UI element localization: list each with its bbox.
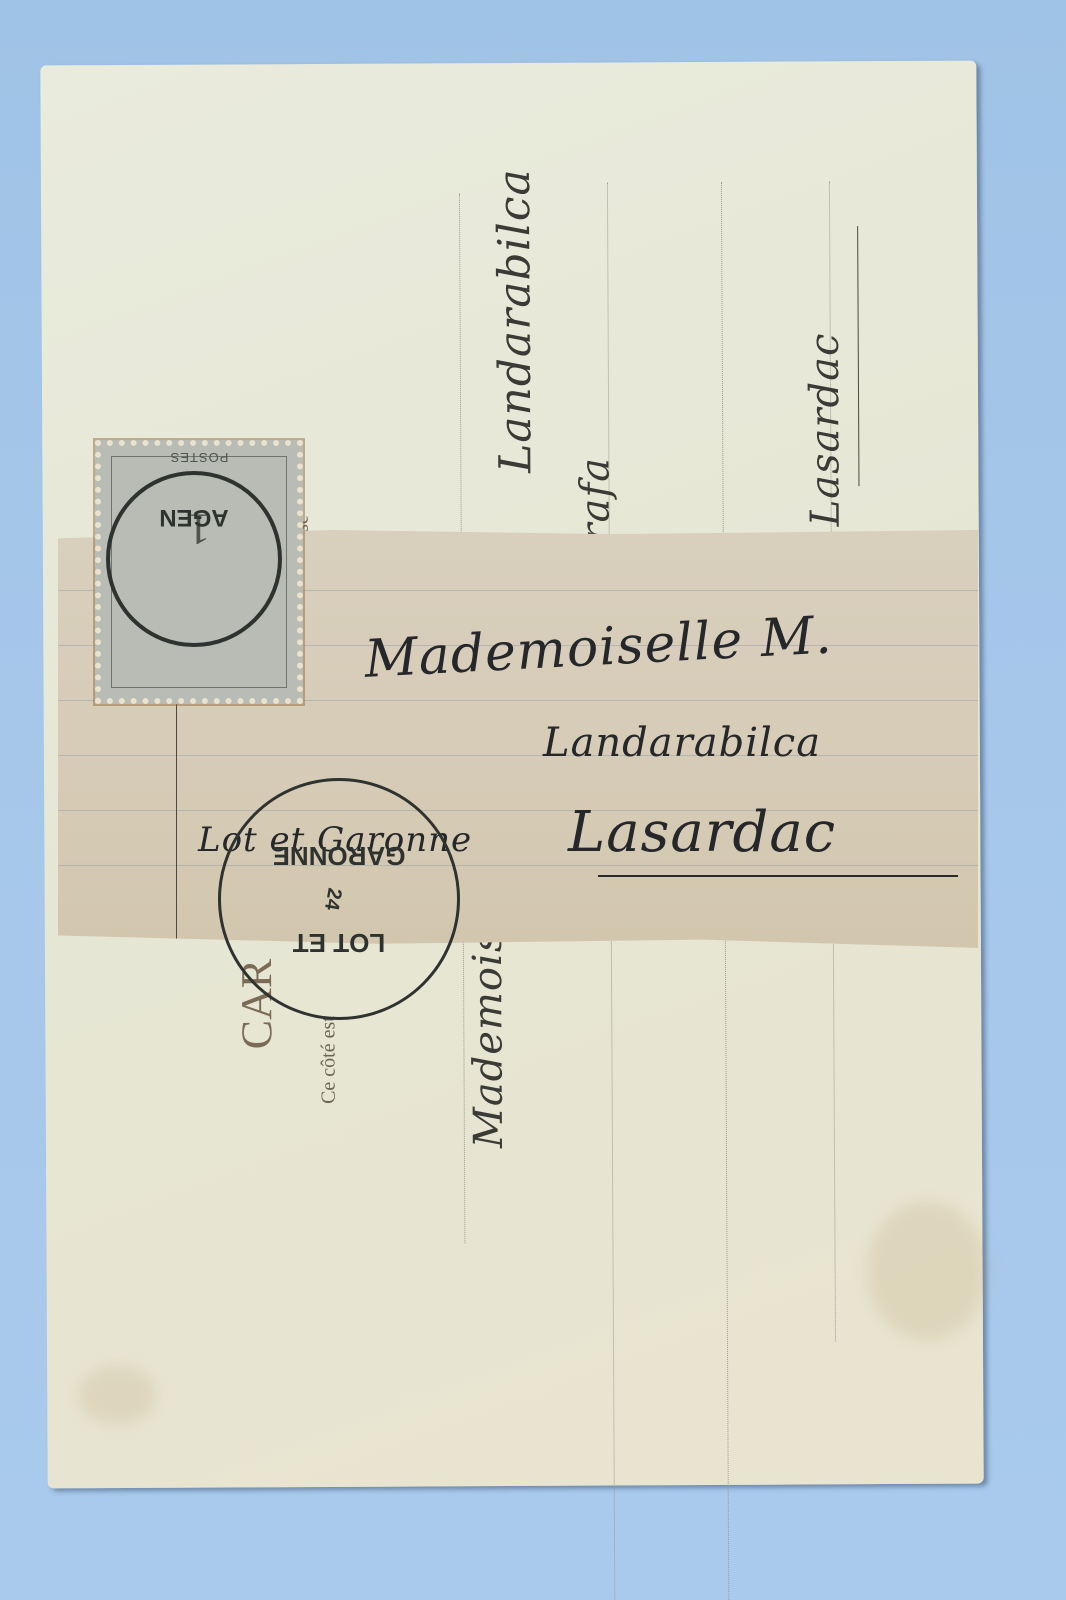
postmark-bottom-text: LOT ET [293,927,385,958]
handwriting-name-vertical: Landarabilca [489,168,542,473]
printed-subline: Ce côté est [317,1016,340,1104]
handwriting-line2-vertical: rafa [572,457,618,543]
stamp-cancellation: AGEN [106,471,282,647]
age-stain [866,1201,987,1342]
address-underline [598,875,958,877]
wrapper-edge-line [176,690,177,948]
postage-stamp: POSTES 1 AGEN [95,440,303,704]
address-recipient: Mademoiselle M. [363,605,834,689]
postmark-top-text: GARONNE [273,840,406,871]
handwriting-town-vertical: Lasardac [802,332,849,526]
age-stain [77,1365,157,1425]
postmark-date: 24 [319,886,346,912]
divider-line [857,226,859,486]
postmark: GARONNE LOT ET 24 [218,778,460,1020]
stamp-label: POSTES [170,450,229,465]
address-name: Landarabilca [543,720,821,766]
address-town: Lasardac [568,800,836,865]
